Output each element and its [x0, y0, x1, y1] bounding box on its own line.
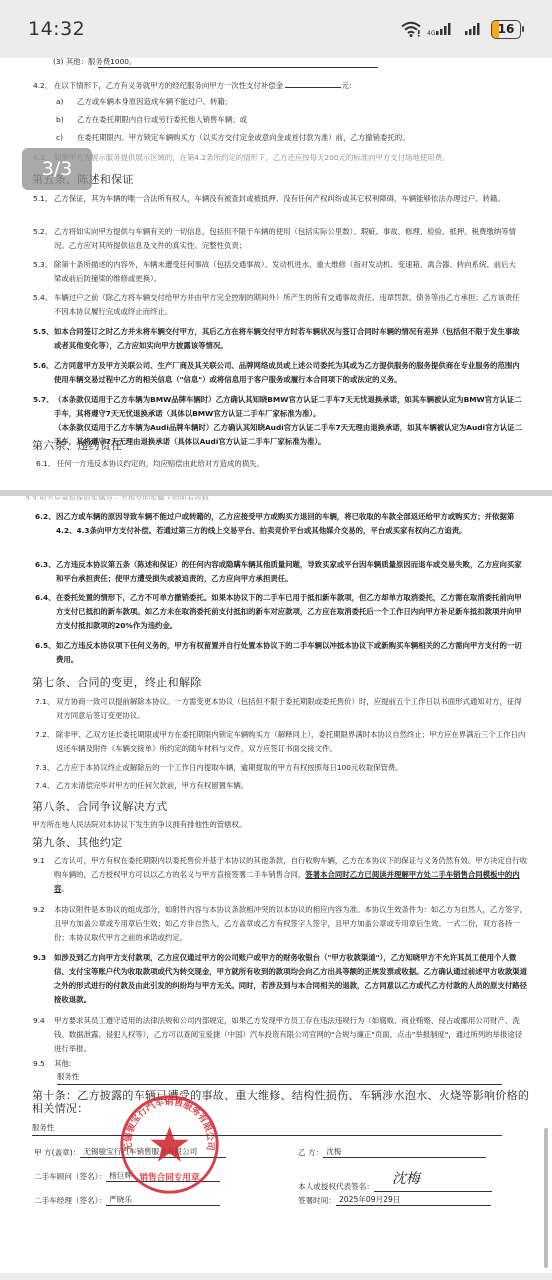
svg-text:销售合同专用章: 销售合同专用章 — [139, 1171, 199, 1183]
clause-9-4: 9.4 甲方要求其员工遵守适用的法律法规和公司内部规定，如果乙方发现甲方员工存在… — [33, 1014, 528, 1056]
rep-signature-row: 本人或授权代表签名： 沈梅 — [298, 1170, 492, 1192]
status-time: 14:32 — [28, 18, 85, 40]
signal-2-icon — [463, 22, 485, 36]
clause-5-6: 5.6、 乙方同意甲方及甲方关联公司、生产厂商及其关联公司、品牌网络成员或上述公… — [33, 359, 523, 387]
wifi-icon — [401, 21, 421, 37]
sign-date: 2025年09月29日 — [336, 1194, 491, 1206]
page-indicator: 3/3 — [22, 148, 92, 190]
document-page-2: (3) 其他：服务费1000。 4.2、 在以下情形下，乙方有义务就甲方的经纪服… — [0, 58, 552, 490]
battery-level-text: 16 — [498, 22, 515, 36]
rep-handwritten-signature: 沈梅 — [374, 1170, 492, 1192]
clause-6-1: 6.1、 任何一方违反本协议约定的，均应赔偿由此给对方造成的损失。 — [36, 457, 526, 471]
clause-4-2-b: b) 乙方在委托期限内自行或另行委托他人销售车辆；或 — [56, 113, 526, 127]
svg-text:4G: 4G — [427, 30, 436, 36]
section-10-value: 服务性 — [32, 1121, 502, 1136]
clause-5-1: 5.1、 乙方保证，其为车辆的唯一合法所有权人，车辆没有被查封或被抵押、没有任何… — [33, 192, 523, 206]
clause-9-3: 9.3 如涉及到乙方向甲方支付款项，乙方应仅通过甲方的公司账户或甲方的财务收银台… — [33, 951, 528, 1007]
vertical-scrollbar[interactable] — [544, 1128, 548, 1268]
clause-5-2: 5.2、 乙方将如实向甲方提供与车辆有关的一切信息，包括但不限于车辆的使用（包括… — [33, 225, 523, 253]
party-b-value: 沈梅 — [323, 1146, 486, 1158]
partial-line-cutoff: 3.3 甲方应承担保险车辆及三方提交的车辆上的所有资料 — [25, 496, 285, 500]
clause-9-5: 9.5 其他: — [33, 1057, 528, 1071]
clause-4-2-a: a) 乙方或车辆本身原因造成车辆不能过户、转籍; — [56, 95, 526, 109]
battery-icon: 16 — [491, 20, 524, 39]
compensation-amount-blank — [285, 79, 341, 88]
clause-6-2: 6.2、 因乙方或车辆的原因导致车辆不能过户或转籍的，乙方应接受甲方或购买方退回… — [35, 510, 527, 538]
date-row: 签署时间： 2025年09月29日 — [298, 1194, 491, 1206]
status-icons: 4G 16 — [401, 20, 524, 39]
clause-5-3: 5.3、 除第十条所描述的内容外，车辆未遭受任何事故（包括交通事故）、发动机进水… — [33, 258, 523, 286]
section-6-title: 第六条、违约责任 — [32, 437, 122, 453]
section-7-title: 第七条、合同的变更，终止和解除 — [32, 674, 202, 690]
section-10-title: 第十条：乙方披露的车辆已遭受的事故、重大维修、结构性损伤、车辆涉水泡水、火烧等影… — [32, 1089, 532, 1115]
clause-7-3: 7.3、 乙方应于本协议终止或解除后的一个工作日内提取车辆，逾期提取的甲方有权按… — [35, 761, 527, 775]
section-8-title: 第八条、合同争议解决方式 — [32, 798, 168, 814]
clause-4-2: 4.2、 在以下情形下，乙方有义务就甲方的经纪服务向甲方一次性支付补偿金 元： — [33, 79, 523, 93]
clause-6-3: 6.3、 乙方违反本协议第五条（陈述和保证）的任何内容或隐瞒车辆其他质量问题，导… — [35, 558, 527, 586]
clause-9-5-value: 服务性 — [57, 1070, 502, 1085]
clause-6-4: 6.4、 在委托处置的情形下，乙方不可单方撤销委托。如果本协议下的二手车已用于抵… — [35, 591, 527, 633]
clause-9-1: 9.1 乙方认可，甲方有权在委托期限内以委托售价并基于本协议的其他条款，自行收购… — [33, 854, 528, 896]
clause-5-4: 5.4、 车辆过户之前（除乙方将车辆交付给甲方并由甲方完全控制的期间外）所产生的… — [33, 291, 523, 319]
company-seal-stamp: 无锡骏宝行汽车销售服务有限公司 销售合同专用章 — [117, 1092, 222, 1197]
section-9-title: 第九条、其他约定 — [32, 834, 122, 850]
clause-6-5: 6.5、 如乙方违反本协议项下任何义务的，甲方有权留置并自行处置本协议下的二手车… — [35, 639, 527, 667]
clause-8-text: 甲方所在地人民法院对本协议下发生的争议拥有排他性的管辖权。 — [32, 818, 522, 832]
clause-4-3: 4.3、 如果甲方为展示服务提供展示区域的，在第4.2条所约定的情形下，乙方还应… — [33, 151, 533, 165]
clause-4-2-c: c) 在委托期限内、甲方锁定车辆购买方（以买方交付定金或意向金或首付款为准）前，… — [56, 131, 536, 145]
party-b-row: 乙 方： 沈梅 — [298, 1146, 486, 1158]
clause-7-4: 7.4、 乙方未清偿完毕对甲方的任何欠款前，甲方有权留置车辆。 — [35, 779, 527, 793]
divider — [98, 67, 378, 68]
clause-9-2: 9.2 本协议附件是本协议的组成部分，如附件内容与本协议条款相冲突的以本协议的相… — [33, 903, 528, 945]
clause-7-2: 7.2、 除非甲、乙双方延长委托期限或甲方在委托期限内锁定车辆购买方（解释同上）… — [35, 728, 527, 756]
clause-7-1: 7.1、 双方协商一致可以提前解除本协议。一方需变更本协议（包括但不限于委托期限… — [35, 695, 527, 723]
clause-5-5: 5.5、 如本合同签订之时乙方并未将车辆交付甲方，其后乙方在将车辆交付甲方时若车… — [33, 325, 523, 353]
status-bar: 14:32 4G 16 — [0, 0, 552, 58]
signal-1-icon: 4G — [427, 22, 457, 36]
bottom-edge — [0, 1273, 552, 1280]
